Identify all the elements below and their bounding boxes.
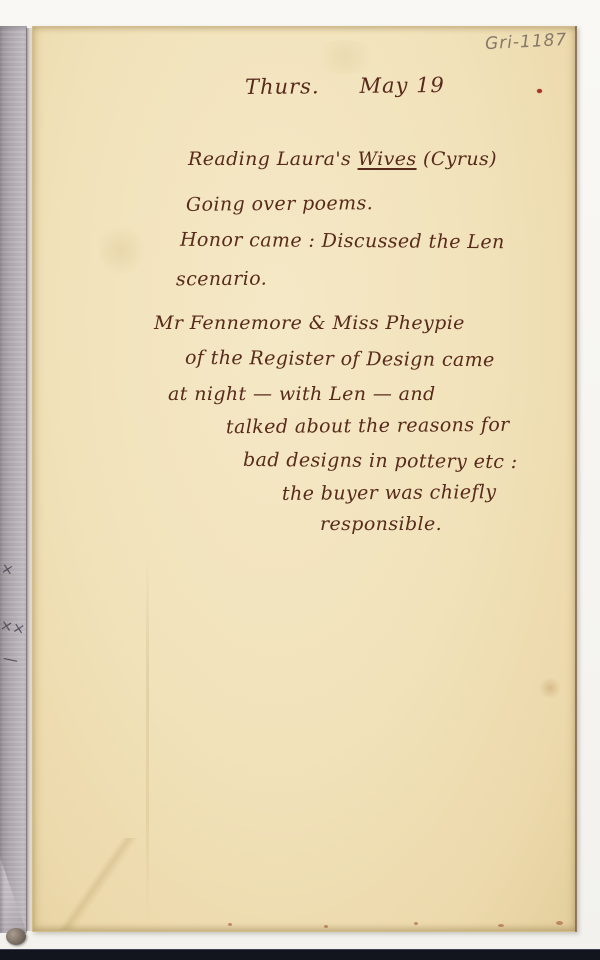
red-ink-speck — [537, 89, 542, 93]
entry-date: May 19 — [359, 73, 445, 98]
margin-ink-mark: ×× — [0, 618, 26, 638]
manuscript-text: Reading Laura's — [188, 148, 358, 170]
book-scan: ×××— Gri-1187 Thurs.May 19 Reading Laura… — [0, 0, 600, 960]
manuscript-text: Mr Fennemore & Miss Pheypie — [154, 312, 465, 334]
archive-code-label: Gri-1187 — [485, 30, 568, 54]
underlying-page-edge: ×××— — [0, 26, 27, 933]
underlined-title: Wives — [358, 148, 417, 170]
manuscript-text: responsible. — [320, 513, 442, 535]
manuscript-line: the buyer was chiefly — [282, 481, 497, 506]
manuscript-text: at night — with Len — and — [168, 383, 436, 405]
foxing-speck — [324, 925, 328, 928]
paper-stain — [310, 40, 380, 74]
manuscript-line: talked about the reasons for — [226, 414, 510, 439]
scanner-edge-bar — [0, 949, 600, 960]
entry-date-heading: Thurs.May 19 — [245, 73, 445, 99]
manuscript-line: scenario. — [176, 268, 267, 292]
manuscript-text: Honor came : Discussed the Len — [180, 229, 505, 254]
diary-page: Gri-1187 Thurs.May 19 Reading Laura's Wi… — [32, 26, 577, 932]
paper-stain — [98, 222, 144, 278]
manuscript-line: bad designs in pottery etc : — [243, 449, 518, 474]
paper-crease — [32, 838, 162, 930]
manuscript-text: talked about the reasons for — [226, 414, 510, 438]
manuscript-line: responsible. — [320, 513, 442, 536]
paper-stain — [538, 678, 562, 698]
manuscript-text: scenario. — [176, 268, 267, 291]
manuscript-line: Honor came : Discussed the Len — [180, 229, 505, 254]
binding-knob — [6, 928, 26, 945]
manuscript-text: the buyer was chiefly — [282, 481, 497, 505]
entry-day: Thurs. — [245, 74, 320, 99]
manuscript-text: (Cyrus) — [417, 148, 497, 170]
corner-fold — [0, 855, 27, 933]
margin-ink-mark: — — [2, 651, 20, 669]
manuscript-line: Reading Laura's Wives (Cyrus) — [188, 148, 497, 171]
manuscript-line: at night — with Len — and — [168, 383, 436, 406]
manuscript-line: of the Register of Design came — [185, 347, 495, 372]
manuscript-text: Going over poems. — [186, 192, 373, 216]
margin-ink-mark: × — [0, 561, 15, 578]
manuscript-line: Mr Fennemore & Miss Pheypie — [154, 312, 465, 335]
foxing-speck — [228, 923, 232, 926]
manuscript-text: of the Register of Design came — [185, 347, 495, 371]
foxing-speck — [556, 921, 563, 925]
foxing-speck — [414, 922, 418, 925]
manuscript-text: bad designs in pottery etc : — [243, 449, 518, 473]
foxing-speck — [498, 924, 504, 927]
manuscript-line: Going over poems. — [186, 192, 373, 216]
